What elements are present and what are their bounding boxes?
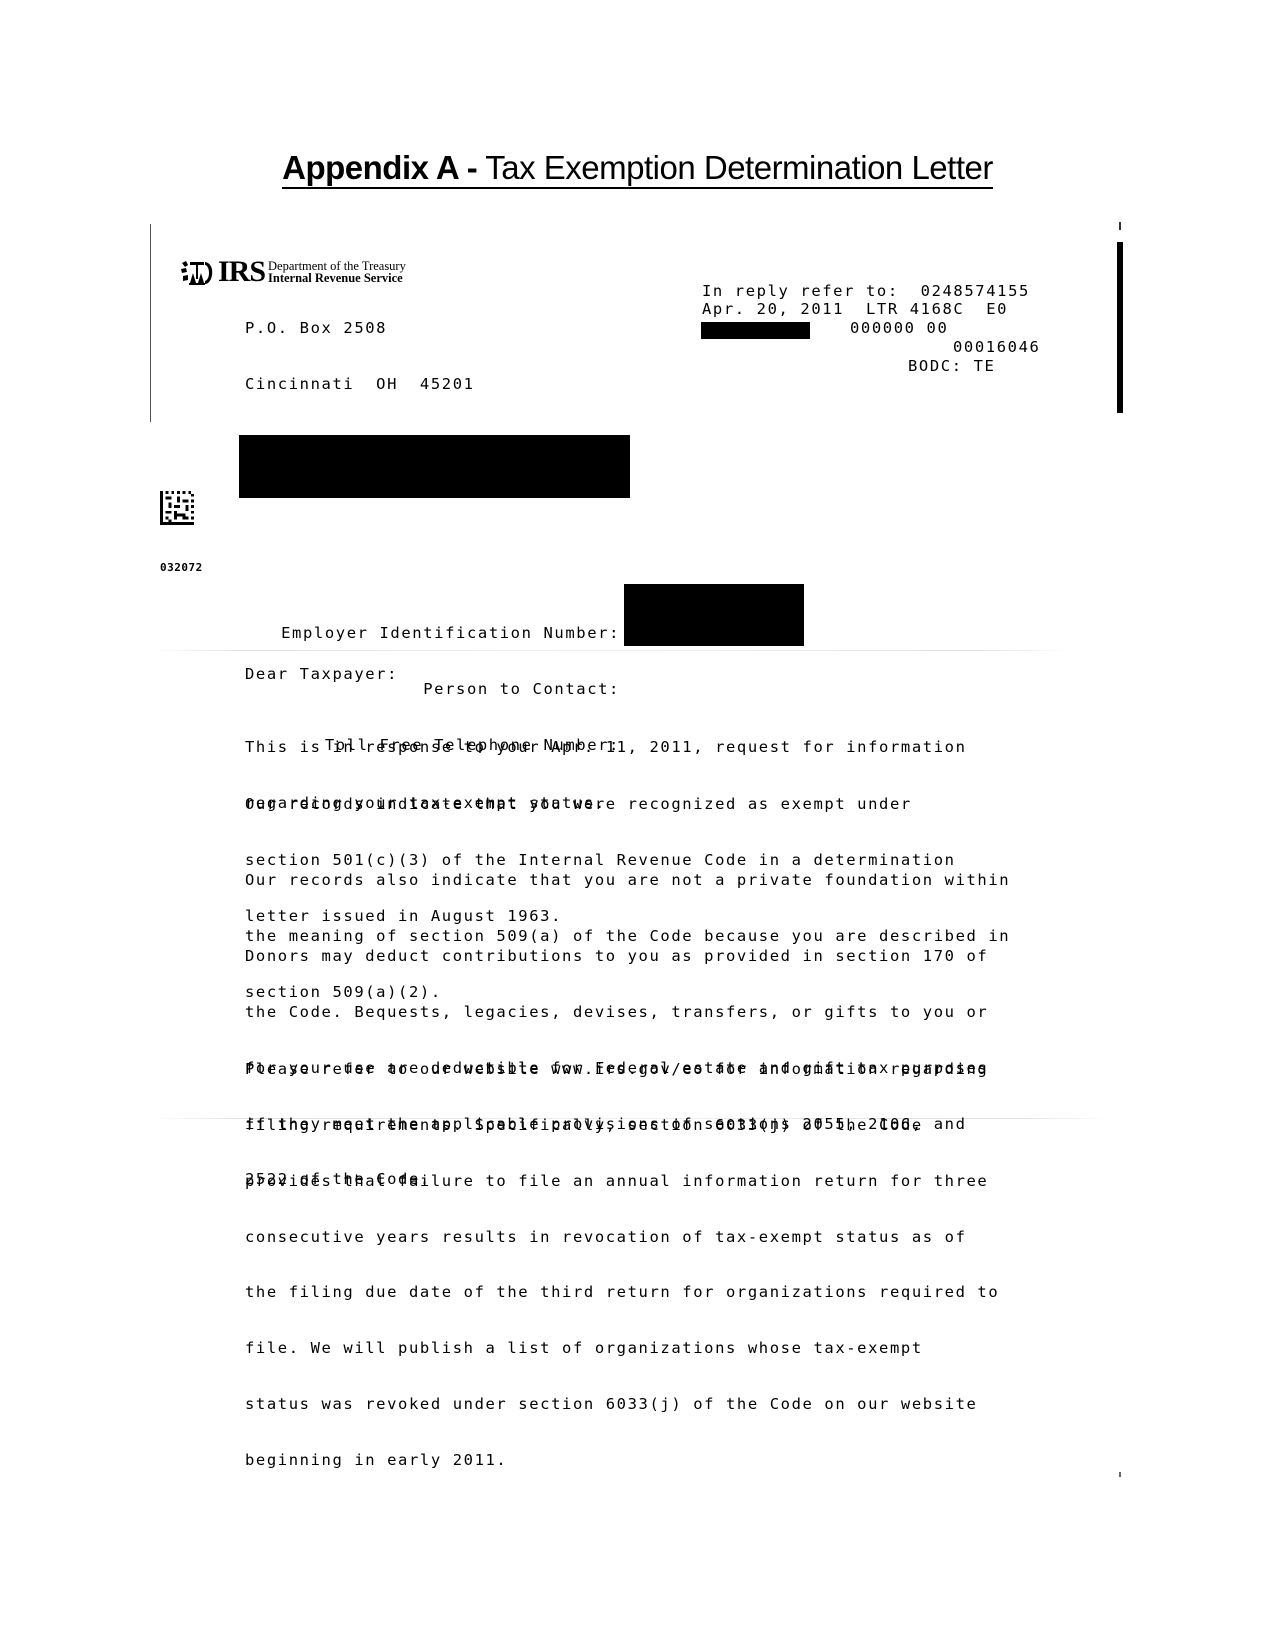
reference-line-3: 000000 00 <box>850 319 948 338</box>
address-line-2: Cincinnati OH 45201 <box>245 375 475 394</box>
salutation: Dear Taxpayer: <box>245 665 398 684</box>
reference-line-2: Apr. 20, 2011 LTR 4168C E0 <box>702 300 1008 319</box>
title-text: Tax Exemption Determination Letter <box>477 149 993 186</box>
scan-artifact-line <box>150 650 1070 651</box>
redacted-contact-values <box>624 584 804 646</box>
return-address: P.O. Box 2508 Cincinnati OH 45201 <box>245 282 475 412</box>
reference-line-4: 00016046 <box>953 338 1040 357</box>
title-appendix-label: Appendix A - <box>282 149 477 186</box>
reference-line-5: BODC: TE <box>908 357 995 376</box>
irs-eagle-icon <box>180 259 214 285</box>
redacted-recipient-address <box>239 435 630 498</box>
redacted-reference-field <box>701 322 810 339</box>
scan-right-bar <box>1117 242 1123 413</box>
page-title: Appendix A - Tax Exemption Determination… <box>0 148 1275 188</box>
scan-mark <box>1119 222 1121 230</box>
department-name: Department of the Treasury Internal Reve… <box>268 260 406 284</box>
address-line-1: P.O. Box 2508 <box>245 319 475 338</box>
scan-left-border <box>150 224 151 422</box>
reference-line-1: In reply refer to: 0248574155 <box>702 282 1030 301</box>
datamatrix-barcode-icon <box>160 490 194 526</box>
scan-mark <box>1119 1472 1121 1477</box>
paragraph-5: Please refer to our website www.irs.gov/… <box>245 1023 999 1488</box>
scan-artifact-line <box>150 1118 1110 1119</box>
ein-label: Employer Identification Number: <box>265 624 620 643</box>
barcode-number: 032072 <box>160 561 203 574</box>
